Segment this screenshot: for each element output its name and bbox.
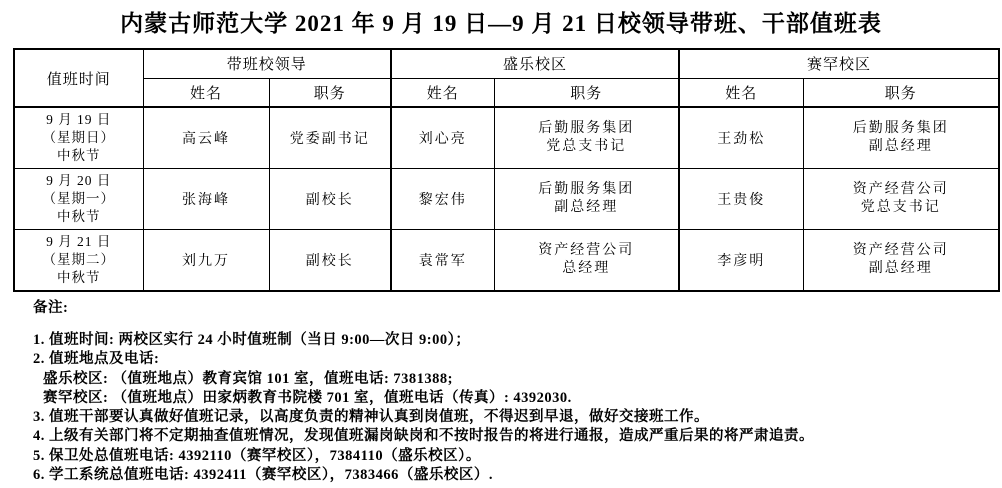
col-header-saihan-title: 职务 [803, 78, 999, 107]
note-item: 6. 学工系统总值班电话: 4392411（赛罕校区），7383466（盛乐校区… [33, 466, 1002, 485]
date-line: 中秋节 [15, 208, 143, 226]
title-line: 后勤服务集团 [804, 120, 999, 138]
note-item: 5. 保卫处总值班电话: 4392110（赛罕校区），7384110（盛乐校区）… [33, 447, 1002, 466]
notes-label: 备注: [33, 299, 1002, 318]
note-item: 盛乐校区: （值班地点）教育宾馆 101 室，值班电话: 7381388; [33, 370, 1002, 389]
col-header-leader-name: 姓名 [143, 78, 269, 107]
col-group-leader: 带班校领导 [143, 49, 391, 78]
leader-name-cell: 张海峰 [143, 168, 269, 229]
document-page: 内蒙古师范大学 2021 年 9 月 19 日—9 月 21 日校领导带班、干部… [0, 0, 1002, 488]
note-item: 2. 值班地点及电话: [33, 350, 1002, 369]
title-line: 后勤服务集团 [495, 181, 679, 199]
saihan-title-cell: 资产经营公司 副总经理 [803, 229, 999, 291]
date-line: 9 月 19 日 [15, 111, 143, 129]
date-cell: 9 月 19 日 （星期日） 中秋节 [14, 107, 143, 168]
shengle-title-cell: 后勤服务集团 党总支书记 [494, 107, 679, 168]
date-line: 9 月 21 日 [15, 233, 143, 251]
saihan-name-cell: 王贵俊 [679, 168, 803, 229]
title-line: 副总经理 [495, 199, 679, 217]
shengle-name-cell: 袁常军 [391, 229, 494, 291]
date-line: 中秋节 [15, 147, 143, 165]
note-item: 赛罕校区: （值班地点）田家炳教育书院楼 701 室，值班电话（传真）: 439… [33, 389, 1002, 408]
table-row: 9 月 19 日 （星期日） 中秋节 高云峰 党委副书记 刘心亮 后勤服务集团 … [14, 107, 999, 168]
date-cell: 9 月 20 日 （星期一） 中秋节 [14, 168, 143, 229]
shengle-title-cell: 后勤服务集团 副总经理 [494, 168, 679, 229]
title-line: 资产经营公司 [804, 181, 999, 199]
date-line: 9 月 20 日 [15, 172, 143, 190]
col-group-shengle-campus: 盛乐校区 [391, 49, 679, 78]
duty-table: 值班时间 带班校领导 盛乐校区 赛罕校区 姓名 职务 姓名 职务 姓名 职务 9… [13, 48, 1000, 292]
date-line: （星期日） [15, 129, 143, 147]
date-cell: 9 月 21 日 （星期二） 中秋节 [14, 229, 143, 291]
title-line: 副总经理 [804, 138, 999, 156]
leader-title-cell: 副校长 [269, 168, 391, 229]
note-item: 3. 值班干部要认真做好值班记录，以高度负责的精神认真到岗值班，不得迟到早退，做… [33, 408, 1002, 427]
saihan-title-cell: 后勤服务集团 副总经理 [803, 107, 999, 168]
leader-name-cell: 高云峰 [143, 107, 269, 168]
note-item: 4. 上级有关部门将不定期抽查值班情况，发现值班漏岗缺岗和不按时报告的将进行通报… [33, 427, 1002, 446]
leader-title-cell: 党委副书记 [269, 107, 391, 168]
notes-section: 备注: 1. 值班时间: 两校区实行 24 小时值班制（当日 9:00—次日 9… [33, 299, 1002, 485]
table-row: 9 月 21 日 （星期二） 中秋节 刘九万 副校长 袁常军 资产经营公司 总经… [14, 229, 999, 291]
saihan-name-cell: 王劲松 [679, 107, 803, 168]
date-line: 中秋节 [15, 269, 143, 287]
title-line: 总经理 [495, 260, 679, 278]
title-line: 副总经理 [804, 260, 999, 278]
shengle-name-cell: 刘心亮 [391, 107, 494, 168]
date-line: （星期二） [15, 251, 143, 269]
page-title: 内蒙古师范大学 2021 年 9 月 19 日—9 月 21 日校领导带班、干部… [0, 0, 1002, 38]
col-header-saihan-name: 姓名 [679, 78, 803, 107]
title-line: 党总支书记 [804, 199, 999, 217]
col-header-leader-title: 职务 [269, 78, 391, 107]
col-group-saihan-campus: 赛罕校区 [679, 49, 999, 78]
header-row-groups: 值班时间 带班校领导 盛乐校区 赛罕校区 [14, 49, 999, 78]
saihan-title-cell: 资产经营公司 党总支书记 [803, 168, 999, 229]
title-line: 资产经营公司 [495, 242, 679, 260]
leader-name-cell: 刘九万 [143, 229, 269, 291]
title-line: 党总支书记 [495, 138, 679, 156]
col-header-shengle-title: 职务 [494, 78, 679, 107]
note-item: 1. 值班时间: 两校区实行 24 小时值班制（当日 9:00—次日 9:00）… [33, 331, 1002, 350]
date-line: （星期一） [15, 190, 143, 208]
shengle-name-cell: 黎宏伟 [391, 168, 494, 229]
col-header-duty-time: 值班时间 [14, 49, 143, 107]
leader-title-cell: 副校长 [269, 229, 391, 291]
header-row-sub: 姓名 职务 姓名 职务 姓名 职务 [14, 78, 999, 107]
col-header-shengle-name: 姓名 [391, 78, 494, 107]
shengle-title-cell: 资产经营公司 总经理 [494, 229, 679, 291]
table-row: 9 月 20 日 （星期一） 中秋节 张海峰 副校长 黎宏伟 后勤服务集团 副总… [14, 168, 999, 229]
title-line: 后勤服务集团 [495, 120, 679, 138]
saihan-name-cell: 李彦明 [679, 229, 803, 291]
title-line: 资产经营公司 [804, 242, 999, 260]
